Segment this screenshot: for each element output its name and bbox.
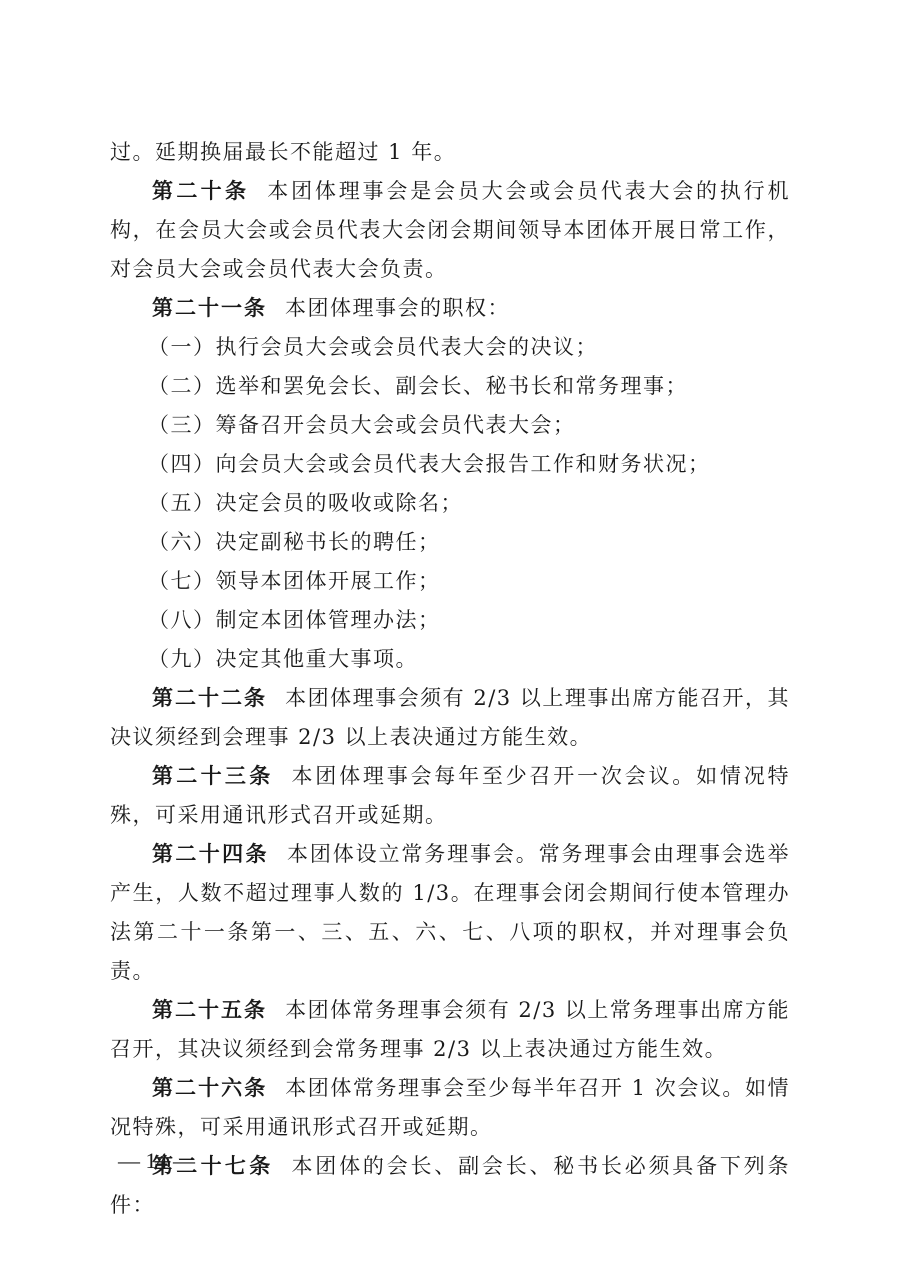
list-item: （二）选举和罢免会长、副会长、秘书长和常务理事； [110,367,790,406]
list-item: （八）制定本团体管理办法； [110,601,790,640]
page-number: — 14 — [118,1148,195,1174]
article-number: 第二十一条 [152,296,267,320]
list-item: （四）向会员大会或会员代表大会报告工作和财务状况； [110,445,790,484]
list-item: （一）执行会员大会或会员代表大会的决议； [110,328,790,367]
article-24: 第二十四条本团体设立常务理事会。常务理事会由理事会选举产生，人数不超过理事人数的… [110,835,790,991]
document-page: 过。延期换届最长不能超过 1 年。 第二十条本团体理事会是会员大会或会员代表大会… [110,133,790,1225]
article-number: 第二十二条 [152,686,267,710]
article-25: 第二十五条本团体常务理事会须有 2/3 以上常务理事出席方能召开，其决议须经到会… [110,991,790,1069]
list-item: （六）决定副秘书长的聘任； [110,523,790,562]
article-number: 第二十三条 [152,764,274,788]
list-item: （九）决定其他重大事项。 [110,640,790,679]
article-21: 第二十一条本团体理事会的职权： [110,289,790,328]
article-number: 第二十四条 [152,842,269,866]
article-text: 本团体理事会的职权： [285,296,510,320]
article-number: 第二十条 [152,179,249,203]
article-22: 第二十二条本团体理事会须有 2/3 以上理事出席方能召开，其决议须经到会理事 2… [110,679,790,757]
list-item: （七）领导本团体开展工作； [110,562,790,601]
list-item: （五）决定会员的吸收或除名； [110,484,790,523]
continuation-paragraph: 过。延期换届最长不能超过 1 年。 [110,133,790,172]
article-23: 第二十三条本团体理事会每年至少召开一次会议。如情况特殊，可采用通讯形式召开或延期… [110,757,790,835]
list-item: （三）筹备召开会员大会或会员代表大会； [110,406,790,445]
article-number: 第二十五条 [152,998,267,1022]
article-20: 第二十条本团体理事会是会员大会或会员代表大会的执行机构，在会员大会或会员代表大会… [110,172,790,289]
article-26: 第二十六条本团体常务理事会至少每半年召开 1 次会议。如情况特殊，可采用通讯形式… [110,1069,790,1147]
article-27: 第二十七条本团体的会长、副会长、秘书长必须具备下列条件： [110,1147,790,1225]
article-number: 第二十六条 [152,1076,267,1100]
